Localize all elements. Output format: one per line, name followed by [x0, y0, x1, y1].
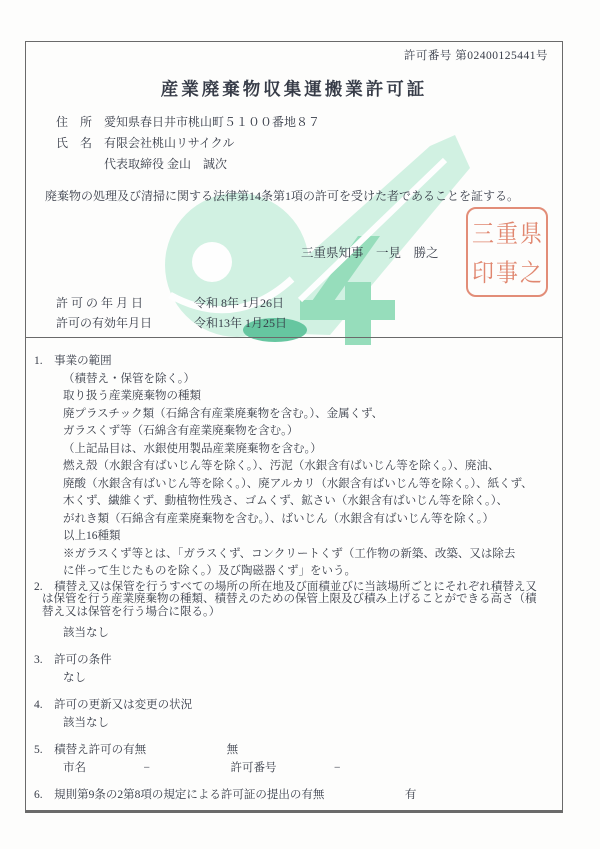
expiry-date-label: 許可の有効年月日	[56, 313, 194, 333]
doc-title: 産業廃棄物収集運搬業許可証	[26, 76, 562, 101]
name-value: 有限会社桃山リサイクル	[104, 136, 234, 150]
permit-dates: 許 可 の 年 月 日令和 8年 1月26日 許可の有効年月日令和13年 1月2…	[56, 293, 287, 333]
body-line: 6. 規則第9条の2第8項の規定による許可証の提出の有無 有	[26, 787, 558, 805]
representative-value: 代表取締役 金山 誠次	[104, 157, 227, 171]
body-line: がれき類（石綿含有産業廃棄物を含む。）、ばいじん（水銀含有ばいじん等を除く。）	[26, 511, 558, 529]
body-line: 燃え殻（水銀含有ばいじん等を除く。）、汚泥（水銀含有ばいじん等を除く。）、廃油、	[26, 458, 558, 476]
permit-date-value: 令和 8年 1月26日	[194, 296, 284, 310]
body-line: ガラスくず等（石綿含有産業廃棄物を含む。）	[26, 423, 558, 441]
body-line: 以上16種類	[26, 528, 558, 546]
body-line: に伴って生じたものを除く。）及び陶磁器くず」をいう。	[26, 563, 558, 581]
permit-number: 許可番号 第02400125441号	[404, 47, 548, 63]
body-line: 3. 許可の条件	[26, 652, 558, 670]
body-line: （積替え・保管を除く。）	[26, 371, 558, 389]
governor-seal-stamp-icon: 三 重 県 印 事 之	[466, 207, 548, 297]
seal-char: 重	[495, 211, 519, 255]
address-row: 住 所愛知県春日井市桃山町５１００番地８７	[56, 112, 320, 133]
body-line: 2. 積替え又は保管を行うすべての場所の所在地及び面積並びに当該場所ごとにそれぞ…	[26, 581, 558, 594]
body-line: 4. 許可の更新又は変更の状況	[26, 697, 558, 715]
certify-text: 廃棄物の処理及び清掃に関する法律第14条第1項の許可を受けた者であることを証する…	[45, 188, 548, 205]
body-line: は保管を行う産業廃棄物の種類、積替えのための保管上限及び積み上げることができる高…	[26, 593, 558, 606]
expiry-date-value: 令和13年 1月25日	[194, 316, 287, 330]
scanned-permit-document: 許可番号 第02400125441号 産業廃棄物収集運搬業許可証 住 所愛知県春…	[0, 0, 600, 849]
address-label: 住 所	[56, 112, 104, 133]
body-line: 廃酸（水銀含有ばいじん等を除く。）、廃アルカリ（水銀含有ばいじん等を除く。）、紙…	[26, 476, 558, 494]
permit-date-row: 許 可 の 年 月 日令和 8年 1月26日	[56, 293, 287, 313]
seal-char: 之	[519, 250, 543, 294]
governor-name: 三重県知事 一見 勝之	[301, 243, 439, 261]
section-divider	[25, 337, 563, 338]
holder-info: 住 所愛知県春日井市桃山町５１００番地８７ 氏 名有限会社桃山リサイクル 代表取…	[56, 112, 320, 175]
representative-row: 代表取締役 金山 誠次	[56, 154, 320, 175]
body-line: 5. 積替え許可の有無 無	[26, 742, 558, 760]
permit-date-label: 許 可 の 年 月 日	[56, 293, 194, 313]
body-lines: 1. 事業の範囲（積替え・保管を除く。）取り扱う産業廃棄物の種類廃プラスチック類…	[26, 353, 558, 805]
name-label: 氏 名	[56, 133, 104, 154]
body-line: なし	[26, 670, 558, 688]
seal-char: 三	[471, 211, 495, 255]
body-line: 替え又は保管を行う場合に限る。）	[26, 606, 558, 619]
body-line: 市名 − 許可番号 −	[26, 760, 558, 778]
seal-char: 事	[495, 250, 519, 294]
document-border-frame: 許可番号 第02400125441号 産業廃棄物収集運搬業許可証 住 所愛知県春…	[25, 41, 563, 813]
body-line: 木くず、繊維くず、動植物性残さ、ゴムくず、鉱さい（水銀含有ばいじん等を除く。）、	[26, 493, 558, 511]
body-line: 取り扱う産業廃棄物の種類	[26, 388, 558, 406]
body-line: 廃プラスチック類（石綿含有産業廃棄物を含む。）、金属くず、	[26, 406, 558, 424]
body-line: （上記品目は、水銀使用製品産業廃棄物を含む。）	[26, 441, 558, 459]
body-line: 1. 事業の範囲	[26, 353, 558, 371]
seal-char: 印	[471, 250, 495, 294]
body-line: 該当なし	[26, 625, 558, 643]
seal-char: 県	[519, 211, 543, 255]
body-line: ※ガラスくず等とは、「ガラスくず、コンクリートくず（工作物の新築、改築、又は除去	[26, 546, 558, 564]
body-line: 該当なし	[26, 715, 558, 733]
expiry-date-row: 許可の有効年月日令和13年 1月25日	[56, 313, 287, 333]
name-row: 氏 名有限会社桃山リサイクル	[56, 133, 320, 154]
address-value: 愛知県春日井市桃山町５１００番地８７	[104, 115, 320, 129]
